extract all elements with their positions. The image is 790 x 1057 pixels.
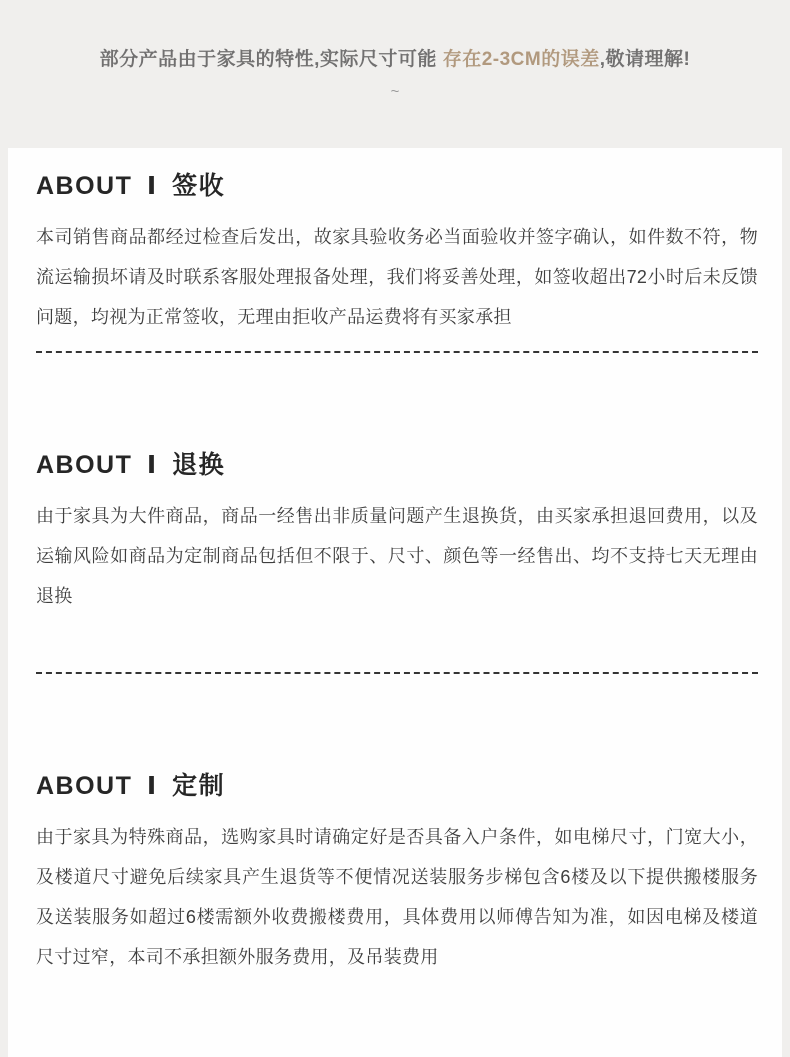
policy-card: ABOUT Ⅰ 签收 本司销售商品都经过检查后发出，故家具验收务必当面验收并签字… — [8, 148, 782, 1057]
section-body-returns: 由于家具为大件商品，商品一经售出非质量问题产生退换货，由买家承担退回费用，以及运… — [36, 496, 758, 616]
size-tolerance-notice: 部分产品由于家具的特性,实际尺寸可能 存在2-3CM的误差,敬请理解! — [100, 44, 691, 71]
size-tolerance-banner: 部分产品由于家具的特性,实际尺寸可能 存在2-3CM的误差,敬请理解! ~ — [0, 0, 790, 148]
section-body-customization: 由于家具为特殊商品，选购家具时请确定好是否具备入户条件，如电梯尺寸，门宽大小，及… — [36, 817, 758, 977]
tilde-ornament: ~ — [391, 83, 400, 100]
section-heading-returns: ABOUT Ⅰ 退换 — [36, 453, 758, 478]
section-heading-signing: ABOUT Ⅰ 签收 — [36, 174, 758, 199]
notice-highlight-text: 存在2-3CM的误差 — [443, 49, 600, 70]
notice-prefix-text: 部分产品由于家具的特性,实际尺寸可能 — [100, 49, 443, 70]
dashed-divider — [36, 672, 758, 674]
product-policy-page: { "banner": { "notice_prefix": "部分产品由于家具… — [0, 0, 790, 1057]
section-body-signing: 本司销售商品都经过检查后发出，故家具验收务必当面验收并签字确认，如件数不符，物流… — [36, 217, 758, 337]
dashed-divider — [36, 351, 758, 353]
notice-suffix-text: ,敬请理解! — [600, 49, 691, 70]
section-heading-customization: ABOUT Ⅰ 定制 — [36, 774, 758, 799]
